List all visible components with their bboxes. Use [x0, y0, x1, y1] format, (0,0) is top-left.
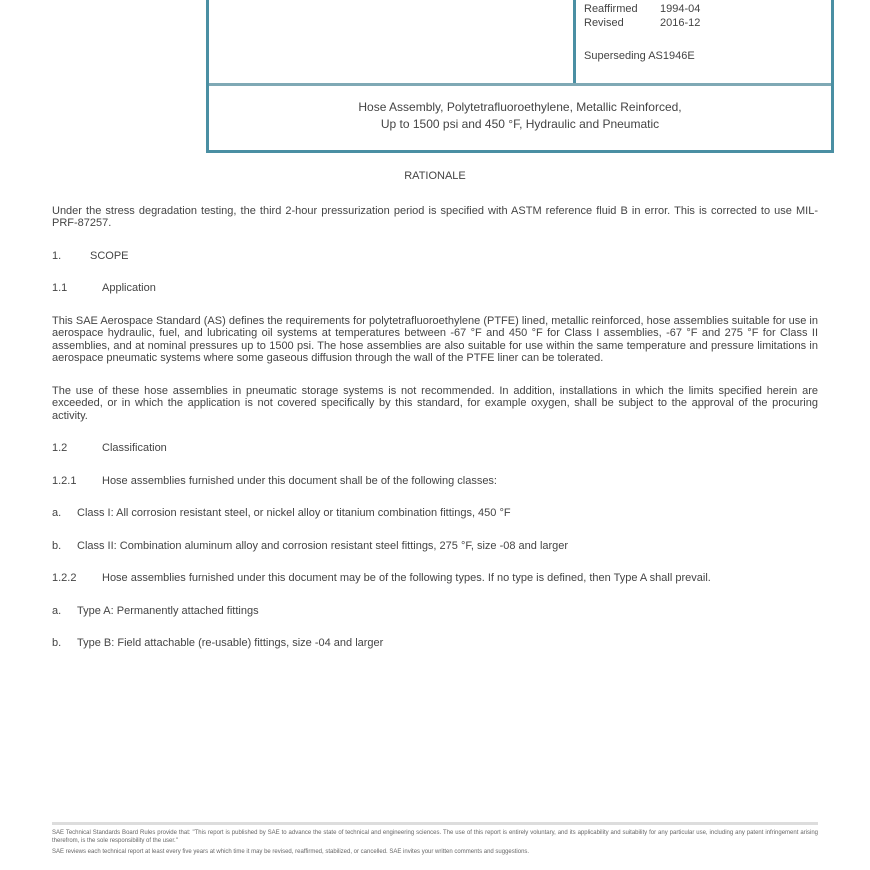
list-text: Class I: All corrosion resistant steel, … [77, 507, 511, 520]
clause-text: Hose assemblies furnished under this doc… [102, 475, 497, 488]
clause-number: 1.2.2 [52, 572, 102, 585]
clause-number: 1.2.1 [52, 475, 102, 488]
document-header-box: Reaffirmed1994-04 Revised2016-12 Superse… [206, 0, 834, 153]
section-application: 1.1 Application [52, 282, 818, 295]
clause-text: Hose assemblies furnished under this doc… [102, 572, 711, 585]
section-number: 1. [52, 250, 90, 263]
list-letter: b. [52, 637, 77, 650]
rationale-text: Under the stress degradation testing, th… [52, 205, 818, 230]
application-para-1: This SAE Aerospace Standard (AS) defines… [52, 315, 818, 365]
clause-1-2-1: 1.2.1 Hose assemblies furnished under th… [52, 475, 818, 488]
list-letter: b. [52, 540, 77, 553]
list-item: a. Class I: All corrosion resistant stee… [52, 507, 818, 520]
list-item: a. Type A: Permanently attached fittings [52, 605, 818, 618]
list-letter: a. [52, 605, 77, 618]
meta-value: 2016-12 [660, 17, 700, 29]
meta-label: Reaffirmed [584, 3, 660, 15]
header-meta-cell: Reaffirmed1994-04 Revised2016-12 Superse… [573, 0, 834, 83]
section-number: 1.2 [52, 442, 102, 455]
section-number: 1.1 [52, 282, 102, 295]
superseding: Superseding AS1946E [584, 50, 695, 62]
list-item: b. Type B: Field attachable (re-usable) … [52, 637, 818, 650]
meta-value: 1994-04 [660, 3, 700, 15]
header-top: Reaffirmed1994-04 Revised2016-12 Superse… [209, 0, 831, 86]
section-scope: 1. SCOPE [52, 250, 818, 263]
meta-label: Revised [584, 17, 660, 29]
footer-review-notice: SAE reviews each technical report at lea… [52, 848, 818, 856]
list-item: b. Class II: Combination aluminum alloy … [52, 540, 818, 553]
clause-1-2-2: 1.2.2 Hose assemblies furnished under th… [52, 572, 818, 585]
section-heading: Application [102, 282, 156, 295]
header-left-cell [209, 0, 573, 83]
meta-reaffirmed: Reaffirmed1994-04 [584, 3, 700, 15]
title-line-2: Up to 1500 psi and 450 °F, Hydraulic and… [209, 116, 831, 133]
page-footer: SAE Technical Standards Board Rules prov… [52, 822, 818, 859]
meta-revised: Revised2016-12 [584, 17, 700, 29]
rationale-heading: RATIONALE [52, 170, 818, 183]
document-title: Hose Assembly, Polytetrafluoroethylene, … [209, 86, 831, 150]
list-text: Type A: Permanently attached fittings [77, 605, 259, 618]
section-classification: 1.2 Classification [52, 442, 818, 455]
list-text: Type B: Field attachable (re-usable) fit… [77, 637, 383, 650]
title-line-1: Hose Assembly, Polytetrafluoroethylene, … [209, 99, 831, 116]
footer-notice: SAE Technical Standards Board Rules prov… [52, 829, 818, 845]
section-heading: Classification [102, 442, 167, 455]
document-body: RATIONALE Under the stress degradation t… [52, 170, 818, 650]
list-letter: a. [52, 507, 77, 520]
list-text: Class II: Combination aluminum alloy and… [77, 540, 568, 553]
application-para-2: The use of these hose assemblies in pneu… [52, 385, 818, 423]
section-heading: SCOPE [90, 250, 129, 263]
